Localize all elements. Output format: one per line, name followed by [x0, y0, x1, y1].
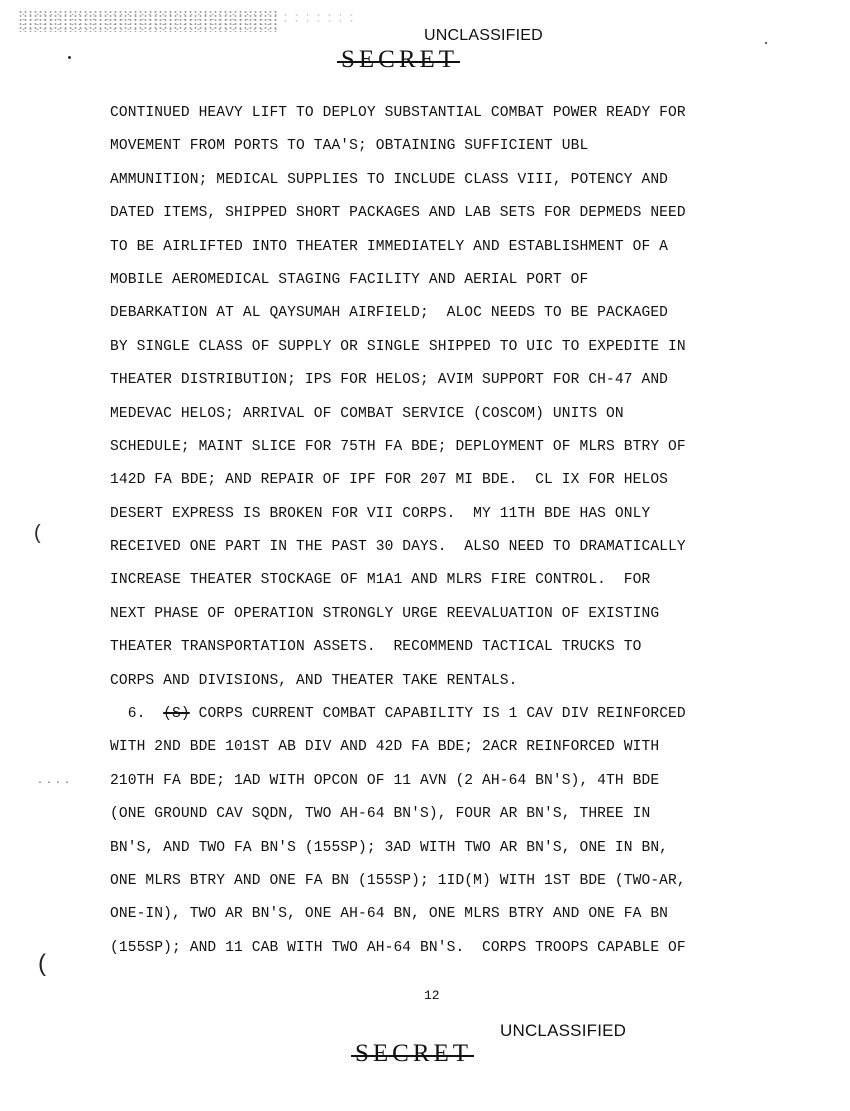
text-line: TO BE AIRLIFTED INTO THEATER IMMEDIATELY…: [110, 235, 810, 268]
text-line: CORPS AND DIVISIONS, AND THEATER TAKE RE…: [110, 669, 810, 702]
classification-marking-top: UNCLASSIFIED: [424, 27, 543, 45]
text-line: DATED ITEMS, SHIPPED SHORT PACKAGES AND …: [110, 201, 810, 234]
scan-noise: [280, 12, 360, 24]
text-line: RECEIVED ONE PART IN THE PAST 30 DAYS. A…: [110, 535, 810, 568]
margin-bracket-mark: (: [38, 950, 46, 978]
struck-secret-marking-top: SECRET: [341, 46, 458, 74]
text-line: AMMUNITION; MEDICAL SUPPLIES TO INCLUDE …: [110, 168, 810, 201]
page-number: 12: [424, 988, 440, 1003]
paragraph-number: 6.: [110, 706, 163, 722]
text-line: MOBILE AEROMEDICAL STAGING FACILITY AND …: [110, 268, 810, 301]
scan-speck: [765, 42, 767, 44]
text-line: MEDEVAC HELOS; ARRIVAL OF COMBAT SERVICE…: [110, 402, 810, 435]
text-line: ONE-IN), TWO AR BN'S, ONE AH-64 BN, ONE …: [110, 902, 810, 935]
scan-speck: ....: [37, 776, 73, 787]
text-line: BY SINGLE CLASS OF SUPPLY OR SINGLE SHIP…: [110, 335, 810, 368]
text-line: ONE MLRS BTRY AND ONE FA BN (155SP); 1ID…: [110, 869, 810, 902]
margin-bracket-mark: (: [34, 522, 41, 545]
text-line: (ONE GROUND CAV SQDN, TWO AH-64 BN'S), F…: [110, 802, 810, 835]
text-line: MOVEMENT FROM PORTS TO TAA'S; OBTAINING …: [110, 134, 810, 167]
text-line: 142D FA BDE; AND REPAIR OF IPF FOR 207 M…: [110, 468, 810, 501]
struck-secret-marking-bottom: SECRET: [355, 1040, 472, 1068]
text-line: SCHEDULE; MAINT SLICE FOR 75TH FA BDE; D…: [110, 435, 810, 468]
text-span: CORPS CURRENT COMBAT CAPABILITY IS 1 CAV…: [190, 706, 686, 722]
text-line: INCREASE THEATER STOCKAGE OF M1A1 AND ML…: [110, 568, 810, 601]
text-line: CONTINUED HEAVY LIFT TO DEPLOY SUBSTANTI…: [110, 101, 810, 134]
struck-classification-marking: (S): [163, 706, 190, 722]
text-line: NEXT PHASE OF OPERATION STRONGLY URGE RE…: [110, 602, 810, 635]
paragraph-6-first-line: 6. (S) CORPS CURRENT COMBAT CAPABILITY I…: [110, 702, 810, 735]
document-body: CONTINUED HEAVY LIFT TO DEPLOY SUBSTANTI…: [110, 101, 810, 969]
scan-speck: [68, 56, 71, 59]
text-line: THEATER TRANSPORTATION ASSETS. RECOMMEND…: [110, 635, 810, 668]
text-line: 210TH FA BDE; 1AD WITH OPCON OF 11 AVN (…: [110, 769, 810, 802]
text-line: THEATER DISTRIBUTION; IPS FOR HELOS; AVI…: [110, 368, 810, 401]
text-line: BN'S, AND TWO FA BN'S (155SP); 3AD WITH …: [110, 836, 810, 869]
scan-noise: [18, 10, 278, 32]
text-line: DESERT EXPRESS IS BROKEN FOR VII CORPS. …: [110, 502, 810, 535]
classification-marking-bottom: UNCLASSIFIED: [500, 1021, 626, 1041]
text-line: WITH 2ND BDE 101ST AB DIV AND 42D FA BDE…: [110, 735, 810, 768]
text-line: DEBARKATION AT AL QAYSUMAH AIRFIELD; ALO…: [110, 301, 810, 334]
text-line: (155SP); AND 11 CAB WITH TWO AH-64 BN'S.…: [110, 936, 810, 969]
